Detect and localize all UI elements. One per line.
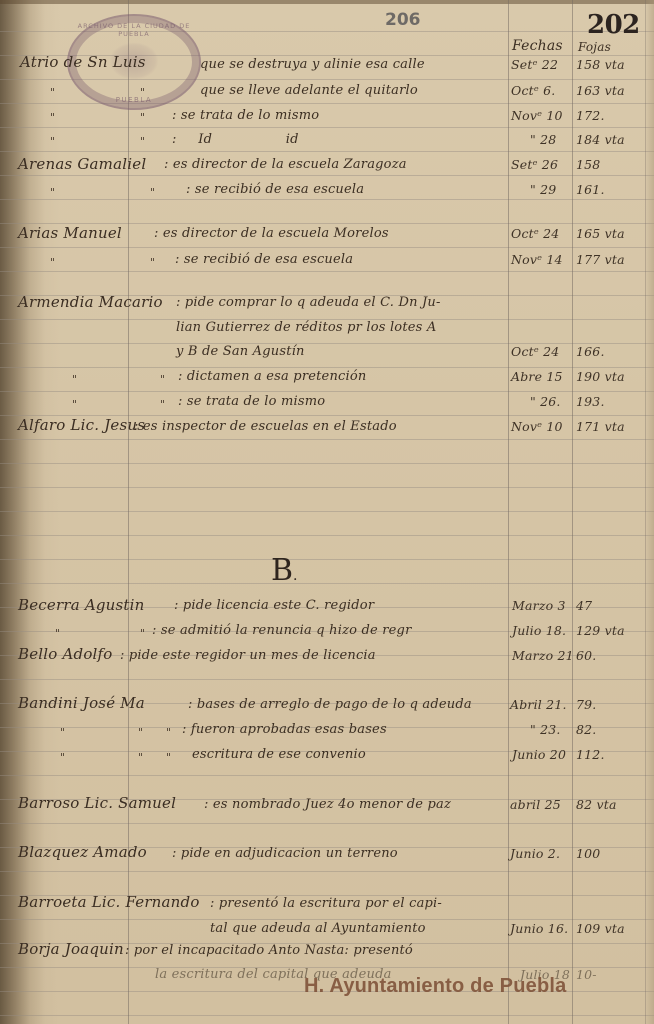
entry-date: Octᵉ 24: [511, 226, 559, 241]
entry-ditto: ": [140, 627, 145, 640]
entry-subject: : pide este regidor un mes de licencia: [120, 648, 376, 663]
folios-column-header: Fojas: [578, 40, 611, 54]
entry-subject: : es inspector de escuelas en el Estado: [134, 419, 397, 434]
entry-subject: : bases de arreglo de pago de lo q adeud…: [188, 697, 472, 712]
entry-date: Novᵉ 10: [511, 419, 563, 434]
entry-name: Bello Adolfo: [18, 645, 113, 663]
entry-subject: : fueron aprobadas esas bases: [182, 722, 387, 737]
entry-subject: : se recibió de esa escuela: [175, 252, 353, 267]
entry-subject: : es nombrado Juez 4o menor de paz: [204, 797, 451, 812]
entry-folio: 82 vta: [576, 797, 617, 812]
entry-folio: 166.: [576, 344, 605, 359]
entry-ditto: ": [166, 751, 171, 764]
entry-date: Novᵉ 10: [511, 108, 563, 123]
ruled-lines: [0, 0, 654, 1024]
entry-ditto: ": [150, 256, 155, 269]
entry-date: " 29: [530, 182, 556, 197]
entry-ditto: ": [50, 256, 55, 269]
entry-ditto: ": [138, 751, 143, 764]
entry-ditto: ": [72, 398, 77, 411]
page-top-edge: [0, 0, 654, 4]
entry-ditto: ": [60, 726, 65, 739]
entry-subject-continued: tal que adeuda al Ayuntamiento: [210, 921, 426, 936]
entry-ditto: ": [55, 627, 60, 640]
entry-subject: : es director de la escuela Zaragoza: [164, 157, 407, 172]
entry-folio: 82.: [576, 722, 596, 737]
entry-folio: 129 vta: [576, 623, 625, 638]
entry-name: Barroso Lic. Samuel: [18, 794, 176, 812]
entry-date: " 23.: [530, 722, 561, 737]
entry-folio: 79.: [576, 697, 596, 712]
entry-date: Junio 20: [512, 747, 566, 762]
entry-folio: 60.: [576, 648, 596, 663]
entry-name: Bandini José Ma: [18, 694, 145, 712]
entry-name: Blazquez Amado: [18, 843, 147, 861]
entry-subject: : pide comprar lo q adeuda el C. Dn Ju-: [176, 295, 441, 310]
entry-date: Abril 21.: [510, 697, 567, 712]
entry-ditto: ": [60, 751, 65, 764]
entry-name: Becerra Agustin: [18, 596, 145, 614]
entry-date: Setᵉ 22: [511, 57, 558, 72]
entry-date: Setᵉ 26: [511, 157, 558, 172]
entry-folio: 171 vta: [576, 419, 625, 434]
entry-subject: : se admitió la renuncia q hizo de regr: [152, 623, 411, 638]
entry-date: Octᵉ 6.: [511, 83, 555, 98]
pencil-page-number: 206: [385, 10, 421, 30]
entry-ditto: ": [160, 398, 165, 411]
entry-date: Julio 18.: [512, 623, 566, 638]
entry-name: Barroeta Lic. Fernando: [18, 893, 200, 911]
entry-folio: 165 vta: [576, 226, 625, 241]
entry-date: Octᵉ 24: [511, 344, 559, 359]
entry-name: Borja Joaquin: [18, 940, 124, 958]
name-margin-line: [128, 0, 129, 1024]
entry-name: Atrio de Sn Luis: [20, 53, 146, 71]
watermark-text: H. Ayuntamiento de Puebla: [304, 975, 566, 998]
entry-ditto: ": [166, 726, 171, 739]
entry-ditto: ": [138, 726, 143, 739]
entry-date: Abre 15: [511, 369, 563, 384]
entry-folio: 184 vta: [576, 132, 625, 147]
entry-subject: : dictamen a esa pretención: [178, 369, 366, 384]
entry-subject-continued: lian Gutierrez de réditos pr los lotes A: [176, 320, 436, 335]
page-number: 202: [587, 10, 640, 40]
dates-column-header: Fechas: [512, 38, 563, 54]
entry-name: Arias Manuel: [18, 224, 122, 242]
entry-subject: : Id id: [172, 132, 299, 147]
entry-subject: : pide en adjudicacion un terreno: [172, 846, 398, 861]
entry-subject: : se trata de lo mismo: [178, 394, 325, 409]
entry-date: abril 25: [510, 797, 561, 812]
entry-folio: 47: [576, 598, 592, 613]
entry-date: Marzo 21: [512, 648, 574, 663]
date-column-line: [508, 0, 509, 1024]
section-letter-b: B.: [271, 553, 298, 588]
entry-ditto: ": [50, 111, 55, 124]
ledger-page: ARCHIVO DE LA CIUDAD DE PUEBLA PUEBLA 20…: [0, 0, 654, 1024]
entry-folio: 158: [576, 157, 600, 172]
entry-subject-continued: y B de San Agustín: [176, 344, 305, 359]
entry-date: " 28: [530, 132, 556, 147]
entry-folio: 100: [576, 846, 600, 861]
entry-subject: : se trata de lo mismo: [172, 108, 319, 123]
entry-ditto: ": [50, 86, 55, 99]
entry-folio: 163 vta: [576, 83, 625, 98]
entry-subject: que se destruya y alinie esa calle: [200, 57, 425, 72]
entry-date: " 26.: [530, 394, 561, 409]
entry-folio: 193.: [576, 394, 605, 409]
entry-folio: 10-: [576, 967, 597, 982]
entry-folio: 112.: [576, 747, 605, 762]
folio-column-line: [572, 0, 573, 1024]
entry-date: Junio 2.: [510, 846, 560, 861]
entry-folio: 158 vta: [576, 57, 625, 72]
entry-name: Armendia Macario: [18, 293, 163, 311]
stamp-bottom-text: PUEBLA: [69, 96, 199, 104]
entry-ditto: ": [50, 186, 55, 199]
entry-ditto: ": [160, 373, 165, 386]
entry-ditto: ": [140, 111, 145, 124]
entry-folio: 177 vta: [576, 252, 625, 267]
entry-subject: : por el incapacitado Anto Nasta: presen…: [125, 943, 413, 958]
entry-ditto: ": [72, 373, 77, 386]
entry-name: Arenas Gamaliel: [18, 155, 146, 173]
entry-subject: : es director de la escuela Morelos: [154, 226, 389, 241]
entry-date: Junio 16.: [510, 921, 568, 936]
entry-name: Alfaro Lic. Jesus: [18, 416, 145, 434]
entry-folio: 190 vta: [576, 369, 625, 384]
entry-date: Marzo 3: [512, 598, 566, 613]
page-right-edge: [645, 0, 654, 1024]
entry-folio: 161.: [576, 182, 605, 197]
entry-ditto: ": [50, 135, 55, 148]
stamp-top-text: ARCHIVO DE LA CIUDAD DE PUEBLA: [69, 22, 199, 38]
entry-folio: 172.: [576, 108, 605, 123]
entry-ditto: ": [140, 86, 145, 99]
entry-subject: : pide licencia este C. regidor: [174, 598, 374, 613]
entry-subject: que se lleve adelante el quitarlo: [200, 83, 418, 98]
section-letter-text: B: [271, 553, 293, 588]
entry-ditto: ": [150, 186, 155, 199]
entry-subject: escritura de ese convenio: [192, 747, 366, 762]
entry-subject: : se recibió de esa escuela: [186, 182, 364, 197]
entry-subject: : presentó la escritura por el capi-: [210, 896, 442, 911]
entry-folio: 109 vta: [576, 921, 625, 936]
entry-date: Novᵉ 14: [511, 252, 563, 267]
entry-ditto: ": [140, 135, 145, 148]
